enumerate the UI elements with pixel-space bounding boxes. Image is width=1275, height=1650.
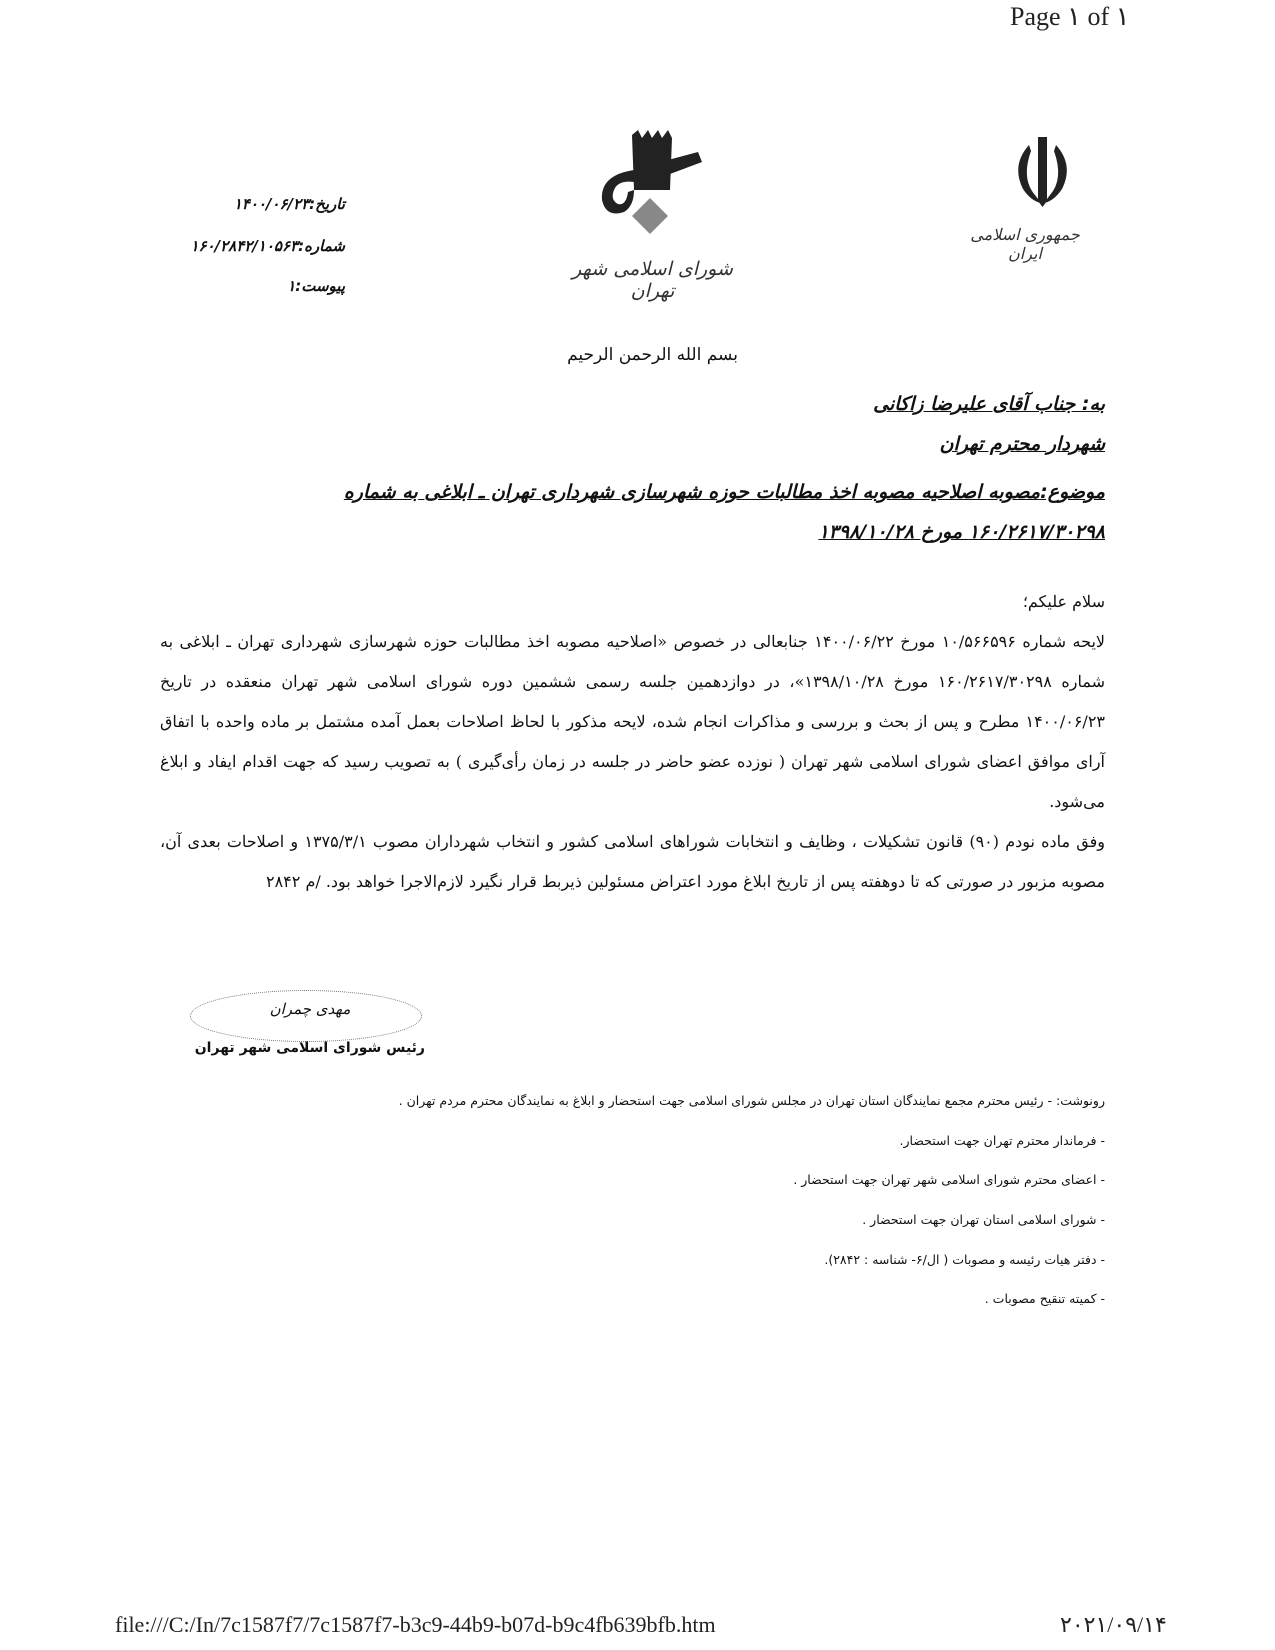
greeting: سلام علیکم؛ [160, 582, 1105, 622]
cc-line-3: - اعضای محترم شورای اسلامی شهر تهران جهت… [380, 1172, 1105, 1187]
letter-attachment: پیوست:۱ [175, 277, 345, 295]
cc-line-2: - فرماندار محترم تهران جهت استحضار. [380, 1133, 1105, 1148]
tehran-council-logo-icon [590, 130, 710, 250]
cc-line-6: - کمیته تنقیح مصوبات . [380, 1291, 1105, 1306]
footer-date: ۲۰۲۱/۰۹/۱۴ [1060, 1612, 1167, 1638]
signature-title: رئیس شورای اسلامی شهر تهران [185, 1040, 425, 1056]
letter-number: شماره:۱۶۰/۲۸۴۲/۱۰۵۶۳ [175, 237, 345, 255]
footer-file-path: file:///C:/In/7c1587f7/7c1587f7-b3c9-44b… [115, 1612, 716, 1638]
subject-line-1: موضوع:مصوبه اصلاحیه مصوبه اخذ مطالبات حو… [320, 481, 1105, 503]
signature-name: مهدی چمران [210, 1000, 410, 1018]
body-paragraph-2: وفق ماده نودم (۹۰) قانون تشکیلات ، وظایف… [160, 822, 1105, 902]
iran-emblem-icon [1005, 135, 1080, 210]
recipient-title: شهردار محترم تهران [600, 433, 1105, 455]
cc-line-1: رونوشت: - رئیس محترم مجمع نمایندگان استا… [380, 1093, 1105, 1108]
emblem-caption: جمهوری اسلامی ایران [960, 225, 1090, 263]
letter-date: تاریخ:۱۴۰۰/۰۶/۲۳ [175, 195, 345, 213]
basmala: بسم الله الرحمن الرحیم [560, 345, 745, 365]
subject-line-2: ۱۶۰/۲۶۱۷/۳۰۲۹۸ مورخ ۱۳۹۸/۱۰/۲۸ [320, 521, 1105, 543]
cc-line-5: - دفتر هیات رئیسه و مصوبات ( ال/۶- شناسه… [380, 1252, 1105, 1267]
body-paragraph-1: لایحه شماره ۱۰/۵۶۶۵۹۶ مورخ ۱۴۰۰/۰۶/۲۲ جن… [160, 622, 1105, 822]
page-indicator: Page ۱ of ۱ [1010, 2, 1130, 32]
cc-line-4: - شورای اسلامی استان تهران جهت استحضار . [380, 1212, 1105, 1227]
recipient-name: به: جناب آقای علیرضا زاکانی [600, 393, 1105, 415]
council-logo-caption: شورای اسلامی شهر تهران [560, 258, 745, 302]
